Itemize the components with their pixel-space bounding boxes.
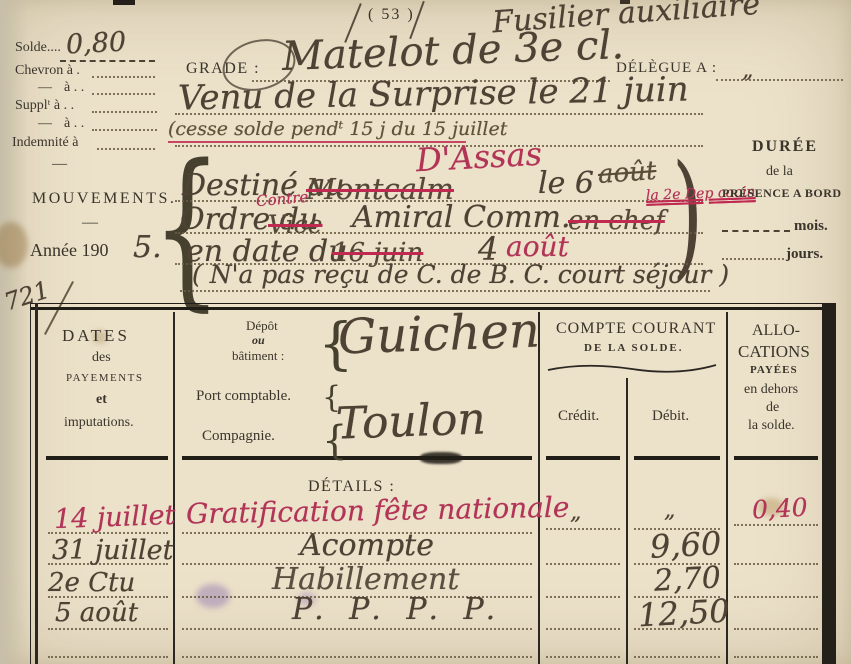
row-debit: „ [664, 498, 675, 523]
row-alloc: 0,40 [751, 493, 808, 525]
col-separator [626, 378, 628, 664]
a-label: à . . [64, 116, 84, 132]
rule-dotted [716, 79, 843, 81]
depot-label: Dépôt [246, 318, 278, 334]
dash: — [38, 80, 52, 96]
col-separator [173, 312, 175, 664]
debit-label: Débit. [652, 408, 689, 425]
leader-dots [92, 129, 157, 131]
dates-header-3: PAYEMENTS [66, 372, 144, 384]
header-rule [546, 456, 620, 460]
row-rule [546, 628, 620, 630]
annee-label: Année 190 [30, 240, 108, 261]
solde-value: 0,80 [65, 26, 127, 60]
duree-title: DURÉE [752, 138, 818, 156]
row-rule [182, 628, 532, 630]
compte-header-2: DE LA SOLDE. [584, 342, 684, 354]
row-rule [182, 656, 532, 658]
header-rule [46, 456, 168, 460]
leader-dots [92, 93, 155, 95]
row-debit: 12,50 [637, 592, 730, 635]
port-comptable-label: Port comptable. [196, 388, 291, 405]
row-rule [48, 628, 168, 630]
solde-label: Solde.... [15, 40, 61, 56]
col-separator [538, 312, 540, 664]
row-rule [734, 563, 818, 565]
chevron-label: Chevron à . [15, 63, 80, 79]
alloc-header-6: la solde. [748, 418, 795, 434]
table-border [30, 303, 31, 664]
row-rule [546, 596, 620, 598]
delegue-value: „ [742, 58, 753, 83]
row-date: 5 août [55, 598, 138, 628]
header-rule [734, 456, 818, 460]
rule-dotted [180, 290, 710, 292]
row-date: 31 juillet [52, 535, 173, 566]
mouvements-underline: — [82, 214, 98, 232]
table-border [30, 303, 836, 304]
dates-header-1: DATES [62, 326, 130, 346]
alloc-header-3: PAYÉES [750, 364, 798, 376]
row-rule [734, 524, 818, 526]
row-detail: Gratification fête nationale [186, 491, 570, 531]
row-rule [734, 596, 818, 598]
alloc-header-2: CATIONS [738, 342, 810, 362]
dash: — [38, 116, 52, 132]
dates-header-4: et [96, 392, 107, 408]
destine-date: le 6 [538, 166, 594, 201]
ou-label: ou [252, 333, 265, 348]
swash-rule [546, 360, 718, 374]
fill-line [722, 230, 790, 232]
destine-month: août [597, 156, 657, 190]
leader-dots [92, 111, 157, 113]
row-rule [634, 656, 720, 658]
note-line: ( N'a pas reçu de C. de B. C. court séjo… [192, 260, 729, 289]
fill-line [722, 258, 784, 260]
duree-dela: de la [766, 164, 793, 180]
row-rule [546, 563, 620, 565]
compte-header-1: COMPTE COURANT [556, 320, 716, 338]
row-date: 2e Ctu [48, 568, 135, 598]
scanned-document: ( 53 ) Fusilier auxiliaire Solde.... 0,8… [0, 0, 851, 664]
alloc-header-5: de [766, 400, 779, 416]
leader-dots [92, 76, 155, 78]
compagnie-value-handwritten: Toulon [335, 393, 486, 449]
header-rule [182, 456, 532, 460]
underline [60, 60, 155, 62]
indemnite-label: Indemnité à [12, 135, 78, 151]
row-rule [734, 656, 818, 658]
mois-label: mois. [794, 218, 828, 235]
a-label: à . . [64, 80, 84, 96]
dates-header-2: des [92, 350, 111, 366]
corrected-month-red: août [506, 230, 569, 263]
alloc-header-4: en dehors [744, 382, 798, 398]
batiment-label: bâtiment : [232, 348, 284, 364]
duree-presence: PRÉSENCE A BORD [722, 186, 842, 201]
leader-dots [97, 148, 155, 150]
credit-label: Crédit. [558, 408, 599, 425]
suppl-label: Supplᵗ à . . [15, 98, 74, 114]
row-rule [734, 628, 818, 630]
table-border-right-thick [822, 303, 836, 664]
row-rule [546, 528, 620, 530]
dates-header-5: imputations. [64, 415, 134, 431]
header-rule [634, 456, 720, 460]
scan-artifact [113, 0, 135, 5]
dash: — [52, 156, 67, 173]
alloc-header-1: ALLO- [752, 322, 800, 340]
row-detail: Acompte [300, 528, 434, 563]
row-detail: P. P. P. P. [292, 592, 503, 627]
page-number: ( 53 ) [368, 6, 415, 24]
row-rule [546, 656, 620, 658]
rule-dotted [175, 113, 703, 115]
jours-label: jours. [786, 246, 823, 263]
depot-value-handwritten: Guichen [337, 302, 541, 365]
row-date: 14 juillet [53, 500, 175, 535]
row-rule [48, 656, 168, 658]
row-debit: 9,60 [649, 524, 722, 566]
venu-line: Venu de la Surprise le 21 juin [178, 70, 689, 119]
compagnie-label: Compagnie. [202, 428, 275, 445]
table-border [35, 303, 38, 664]
row-credit: „ [570, 500, 581, 525]
